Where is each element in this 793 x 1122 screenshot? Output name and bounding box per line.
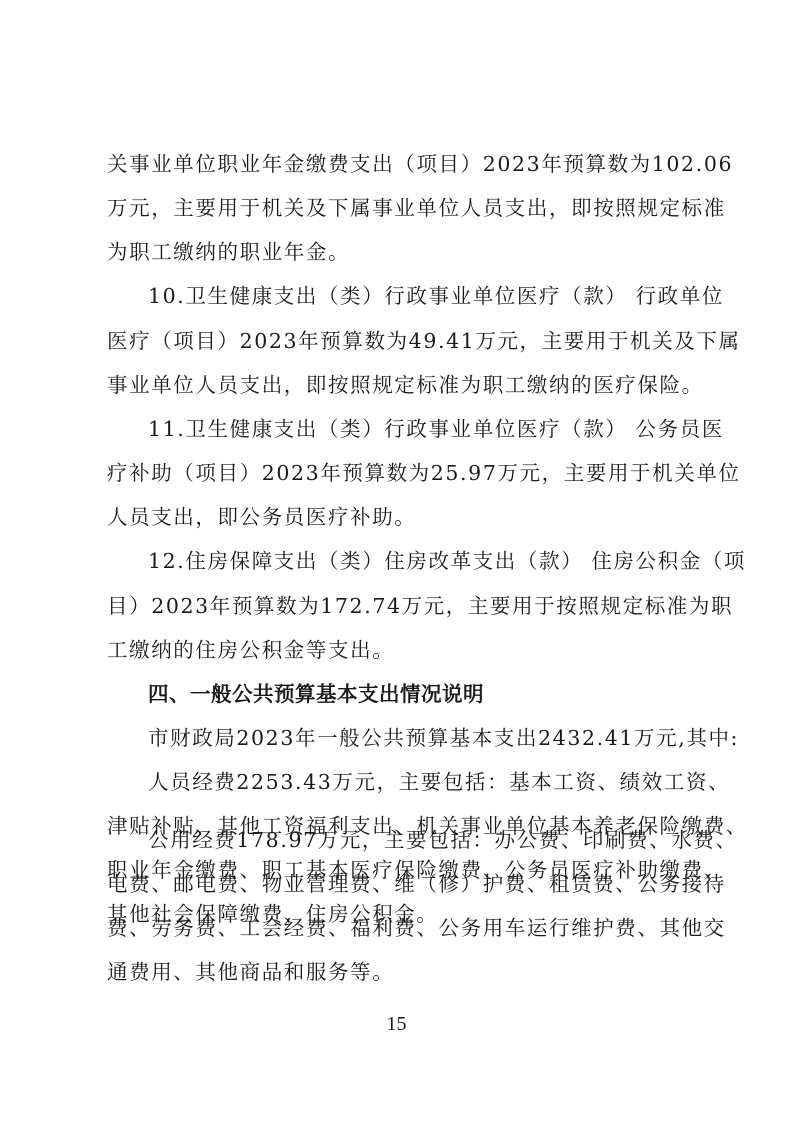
item-10-start: 10.卫生健康支出（类）行政事业单位医疗（款） 行政单位 <box>148 284 724 308</box>
text-line: 医疗（项目）2023年预算数为49.41万元，主要用于机关及下属 <box>107 329 741 353</box>
text-line: 电费、邮电费、物业管理费、维（修）护费、租赁费、公务接待 <box>107 872 726 896</box>
text-line: 通费用、其他商品和服务等。 <box>107 960 394 984</box>
section-heading: 四、一般公共预算基本支出情况说明 <box>148 682 484 706</box>
text-line: 疗补助（项目）2023年预算数为25.97万元，主要用于机关单位 <box>107 461 741 485</box>
text-line: 为职工缴纳的职业年金。 <box>107 240 350 264</box>
text-line: 工缴纳的住房公积金等支出。 <box>107 638 394 662</box>
text-line: 万元，主要用于机关及下属事业单位人员支出，即按照规定标准 <box>107 196 726 220</box>
item-12-start: 12.住房保障支出（类）住房改革支出（款） 住房公积金（项 <box>148 549 746 573</box>
text-line: 目）2023年预算数为172.74万元，主要用于按照规定标准为职 <box>107 594 733 618</box>
text-line: 公用经费178.97万元，主要包括：办公费、印刷费、水费、 <box>148 828 738 852</box>
page-number: 15 <box>0 1013 793 1036</box>
text-line: 费、劳务费、工会经费、福利费、公务用车运行维护费、其他交 <box>107 916 726 940</box>
text-line: 事业单位人员支出，即按照规定标准为职工缴纳的医疗保险。 <box>107 373 704 397</box>
text-line: 市财政局2023年一般公共预算基本支出2432.41万元,其中: <box>148 726 739 750</box>
item-11-start: 11.卫生健康支出（类）行政事业单位医疗（款） 公务员医 <box>148 417 724 441</box>
text-line: 关事业单位职业年金缴费支出（项目）2023年预算数为102.06 <box>107 152 733 176</box>
text-line: 人员经费2253.43万元，主要包括：基本工资、绩效工资、 <box>148 770 730 794</box>
text-line: 人员支出，即公务员医疗补助。 <box>107 505 416 529</box>
